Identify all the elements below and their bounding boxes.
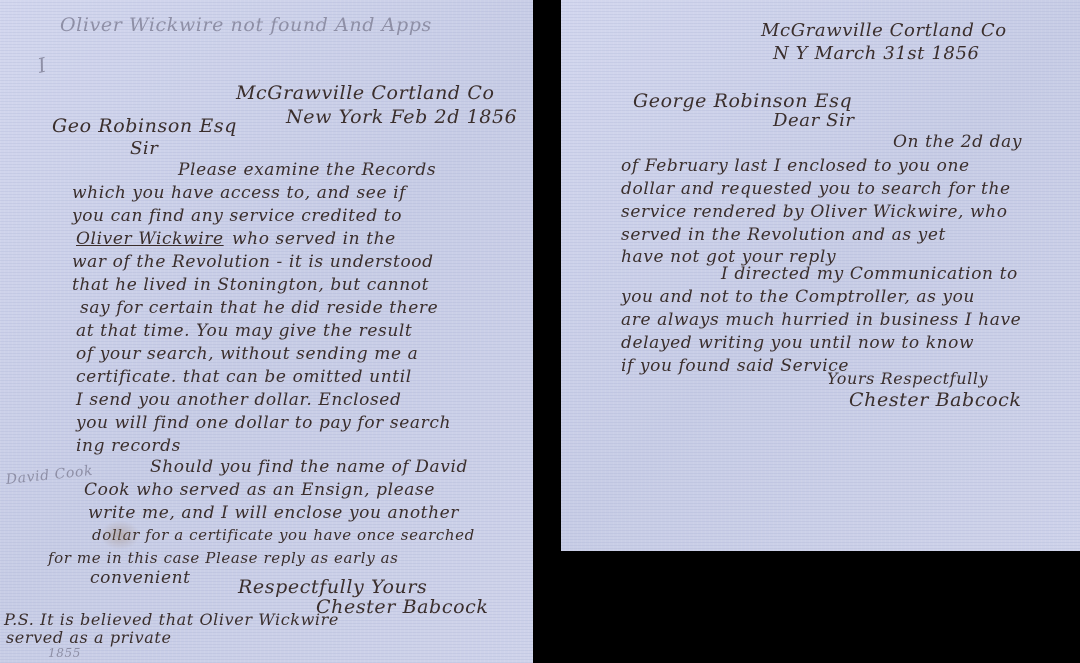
pencil-note-top: Oliver Wickwire not found And Apps [60,14,432,36]
margin-note: David Cook [5,463,94,488]
underlined-name: Oliver Wickwire [76,229,224,249]
body-line: which you have access to, and see if [72,183,406,203]
body-line: convenient [90,568,191,588]
body-line: for me in this case Please reply as earl… [48,549,398,567]
body-line: Should you find the name of David [150,457,468,477]
body-line: I send you another dollar. Enclosed [76,390,401,410]
letter-page-left: Oliver Wickwire not found And Apps I McG… [0,0,533,663]
body-line: at that time. You may give the result [76,321,412,341]
body-line: On the 2d day [893,132,1022,152]
signature: Chester Babcock [316,596,488,618]
pencil-mark: I [36,52,49,77]
pencil-number: 1855 [48,646,81,660]
recipient-name: Geo Robinson Esq [52,115,237,137]
postscript-line: served as a private [6,628,172,647]
body-line: write me, and I will enclose you another [88,503,459,523]
body-line: say for certain that he did reside there [80,298,438,318]
postscript-line: P.S. It is believed that Oliver Wickwire [4,610,339,629]
body-line: certificate. that can be omitted until [76,367,412,387]
ink-stain [100,520,140,550]
body-line: of February last I enclosed to you one [621,156,970,176]
body-line: war of the Revolution - it is understood [72,252,434,272]
salutation: Sir [130,138,159,159]
body-line: service rendered by Oliver Wickwire, who [621,202,1008,222]
body-line: who served in the [232,229,396,249]
closing: Respectfully Yours [238,576,427,598]
body-line: you and not to the Comptroller, as you [621,287,975,307]
body-line: are always much hurried in business I ha… [621,310,1021,330]
body-line: that he lived in Stonington, but cannot [72,275,429,295]
body-line: if you found said Service [621,356,849,376]
body-line: served in the Revolution and as yet [621,225,946,245]
salutation: Dear Sir [773,110,855,131]
body-line: of your search, without sending me a [76,344,418,364]
body-line: Cook who served as an Ensign, please [84,480,435,500]
body-line: I directed my Communication to [721,264,1018,284]
body-line: you will find one dollar to pay for sear… [76,413,451,433]
letter-page-right: McGrawville Cortland Co N Y March 31st 1… [561,0,1080,551]
recipient-name: George Robinson Esq [633,90,852,112]
body-line: dollar and requested you to search for t… [621,179,1011,199]
letter-heading-date: N Y March 31st 1856 [773,43,980,64]
body-line: delayed writing you until now to know [621,333,974,353]
letter-heading-date: New York Feb 2d 1856 [286,106,517,128]
body-line: dollar for a certificate you have once s… [92,526,475,544]
closing: Yours Respectfully [827,369,988,388]
letter-heading-place: McGrawville Cortland Co [761,20,1007,41]
body-line: you can find any service credited to [72,206,402,226]
body-line: ing records [76,436,181,456]
letter-heading-place: McGrawville Cortland Co [236,82,495,104]
body-line: Please examine the Records [178,160,436,180]
signature: Chester Babcock [849,389,1021,411]
